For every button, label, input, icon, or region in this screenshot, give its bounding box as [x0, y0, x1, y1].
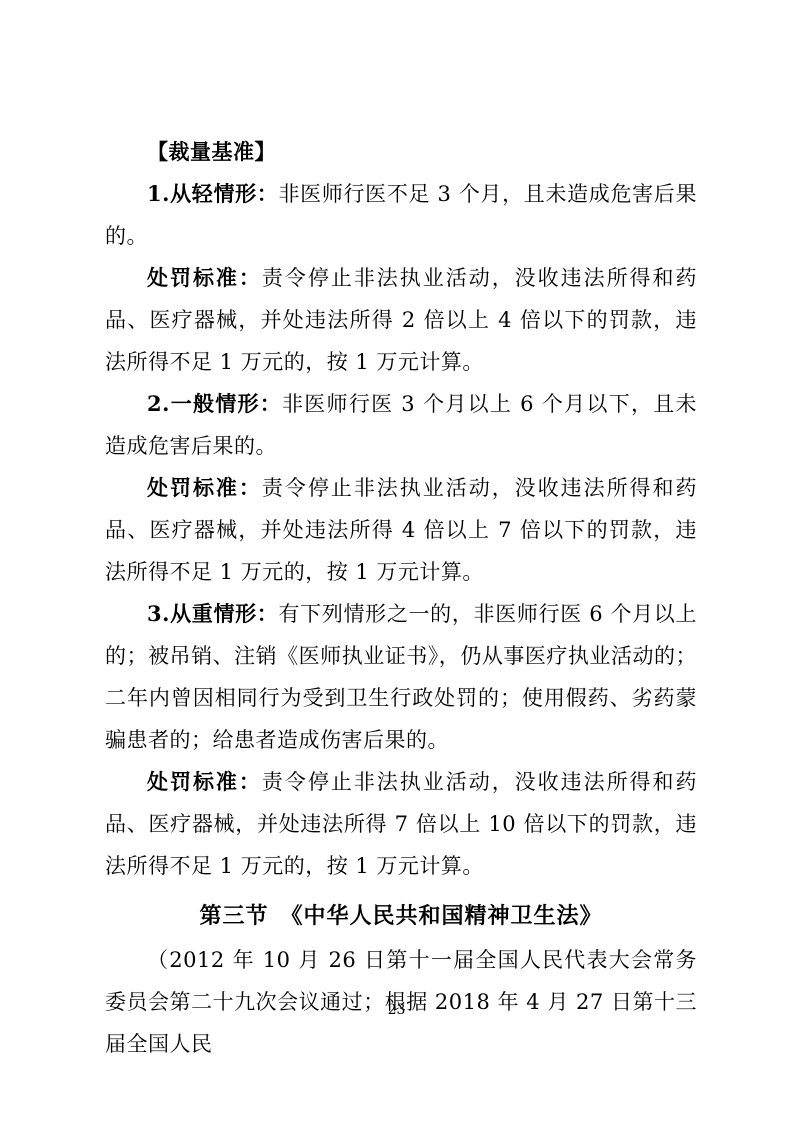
paragraph-penalty-standard-2: 处罚标准：责令停止非法执业活动，没收违法所得和药品、医疗器械，并处违法所得 4 … — [105, 467, 697, 593]
paragraph-penalty-standard-3: 处罚标准：责令停止非法执业活动，没收违法所得和药品、医疗器械，并处违法所得 7 … — [105, 761, 697, 887]
penalty-standard-label: 处罚标准： — [147, 265, 262, 290]
paragraph-lenient-circumstance: 1.从轻情形：非医师行医不足 3 个月，且未造成危害后果的。 — [105, 173, 697, 257]
general-circumstance-label: 2.一般情形： — [147, 391, 282, 416]
discretion-basis-heading: 【裁量基准】 — [105, 131, 697, 173]
penalty-standard-label: 处罚标准： — [147, 475, 262, 500]
document-content: 【裁量基准】 1.从轻情形：非医师行医不足 3 个月，且未造成危害后果的。 处罚… — [105, 131, 697, 1065]
document-page: 【裁量基准】 1.从轻情形：非医师行医不足 3 个月，且未造成危害后果的。 处罚… — [0, 0, 793, 1122]
section-heading: 第三节 《中华人民共和国精神卫生法》 — [105, 895, 697, 939]
discretion-basis-heading-label: 【裁量基准】 — [147, 139, 276, 164]
paragraph-penalty-standard-1: 处罚标准：责令停止非法执业活动，没收违法所得和药品、医疗器械，并处违法所得 2 … — [105, 257, 697, 383]
paragraph-general-circumstance: 2.一般情形：非医师行医 3 个月以上 6 个月以下，且未造成危害后果的。 — [105, 383, 697, 467]
penalty-standard-label: 处罚标准： — [147, 769, 262, 794]
severe-circumstance-label: 3.从重情形： — [147, 601, 278, 626]
lenient-circumstance-label: 1.从轻情形： — [147, 181, 278, 206]
paragraph-severe-circumstance: 3.从重情形：有下列情形之一的，非医师行医 6 个月以上的；被吊销、注销《医师执… — [105, 593, 697, 761]
page-number: 23 — [0, 1000, 793, 1020]
